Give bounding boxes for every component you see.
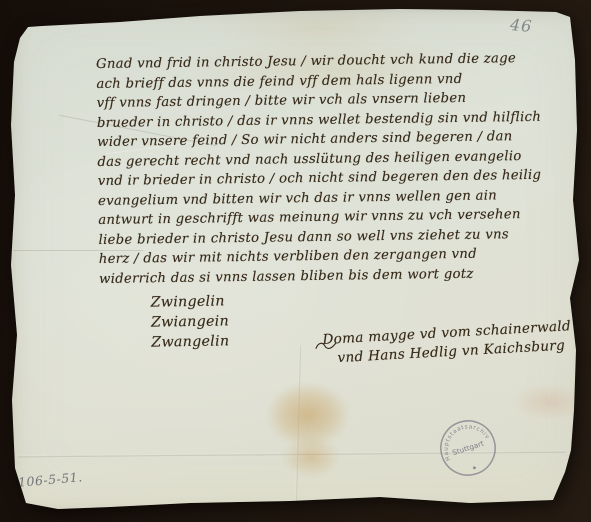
wax-stain (266, 382, 350, 448)
signature-line: Zwingelin (150, 291, 228, 312)
letter-body: Gnad vnd frid in christo Jesu / wir douc… (96, 49, 559, 289)
fold-crease (295, 345, 301, 505)
closing-block: Doma mayge vd vom schainerwald vnd Hans … (322, 317, 572, 368)
archive-reference: 106-5-51. (17, 469, 83, 490)
wax-stain (282, 436, 340, 478)
pen-flourish-icon (314, 338, 337, 353)
manuscript-photo: Gnad vnd frid in christo Jesu / wir douc… (0, 0, 591, 522)
stamp-star-icon: ✦ (471, 463, 479, 472)
paper-wrapper: Gnad vnd frid in christo Jesu / wir douc… (0, 0, 591, 522)
folio-number: 46 (509, 15, 533, 36)
svg-text:Hauptstaatsarchiv: Hauptstaatsarchiv (437, 418, 493, 462)
signature-line: Zwiangein (151, 311, 229, 332)
stamp-arc-text: Hauptstaatsarchiv (437, 418, 493, 462)
paper-sheet: Gnad vnd frid in christo Jesu / wir douc… (0, 0, 591, 522)
archive-stamp: Hauptstaatsarchiv Stuttgart ✦ (429, 409, 507, 487)
signature-block: Zwingelin Zwiangein Zwangelin (150, 291, 229, 352)
stamp-center-text: Stuttgart (451, 439, 485, 458)
signature-line: Zwangelin (151, 331, 229, 352)
